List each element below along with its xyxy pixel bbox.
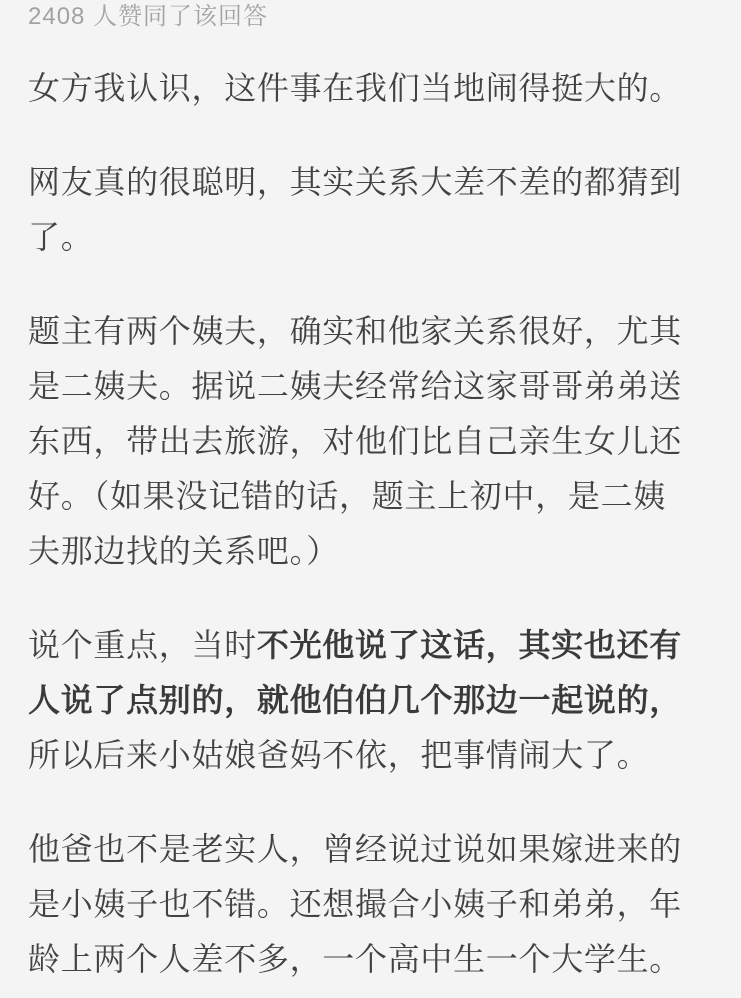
text-line: 了。 bbox=[28, 210, 717, 265]
text-line: 说个重点，当时不光他说了这话，其实也还有 bbox=[28, 618, 717, 673]
text-run: 所以后来小姑娘爸妈不依，把事情闹大了。 bbox=[28, 737, 649, 773]
text-line: 网友真的很聪明，其实关系大差不差的都猜到 bbox=[28, 155, 717, 210]
bold-text-run: 人说了点别的，就他伯伯几个那边一起说的， bbox=[28, 682, 682, 718]
text-line: 女方我认识，这件事在我们当地闹得挺大的。 bbox=[28, 61, 717, 116]
text-line: 东西，带出去旅游，对他们比自己亲生女儿还 bbox=[28, 414, 717, 469]
vote-count-label: 2408 人赞同了该回答 bbox=[28, 3, 717, 31]
text-line: 所以后来小姑娘爸妈不依，把事情闹大了。 bbox=[28, 728, 717, 783]
text-line: 好。（如果没记错的话，题主上初中，是二姨 bbox=[28, 469, 717, 524]
text-line: 龄上两个人差不多，一个高中生一个大学生。 bbox=[28, 932, 717, 987]
paragraph-2: 网友真的很聪明，其实关系大差不差的都猜到 了。 bbox=[28, 155, 717, 265]
text-run: 说个重点，当时 bbox=[28, 627, 257, 663]
paragraph-1: 女方我认识，这件事在我们当地闹得挺大的。 bbox=[28, 61, 717, 116]
text-line: 题主有两个姨夫，确实和他家关系很好，尤其 bbox=[28, 304, 717, 359]
paragraph-4: 说个重点，当时不光他说了这话，其实也还有 人说了点别的，就他伯伯几个那边一起说的… bbox=[28, 618, 717, 783]
text-line: 夫那边找的关系吧。） bbox=[28, 524, 717, 579]
answer-body: 女方我认识，这件事在我们当地闹得挺大的。 网友真的很聪明，其实关系大差不差的都猜… bbox=[28, 61, 717, 987]
text-line: 人说了点别的，就他伯伯几个那边一起说的， bbox=[28, 673, 717, 728]
paragraph-5: 他爸也不是老实人，曾经说过说如果嫁进来的 是小姨子也不错。还想撮合小姨子和弟弟，… bbox=[28, 822, 717, 987]
text-line: 是小姨子也不错。还想撮合小姨子和弟弟，年 bbox=[28, 877, 717, 932]
text-line: 是二姨夫。据说二姨夫经常给这家哥哥弟弟送 bbox=[28, 359, 717, 414]
bold-text-run: 不光他说了这话，其实也还有 bbox=[257, 627, 682, 663]
text-line: 他爸也不是老实人，曾经说过说如果嫁进来的 bbox=[28, 822, 717, 877]
paragraph-3: 题主有两个姨夫，确实和他家关系很好，尤其 是二姨夫。据说二姨夫经常给这家哥哥弟弟… bbox=[28, 304, 717, 579]
answer-page: 2408 人赞同了该回答 女方我认识，这件事在我们当地闹得挺大的。 网友真的很聪… bbox=[0, 0, 741, 998]
